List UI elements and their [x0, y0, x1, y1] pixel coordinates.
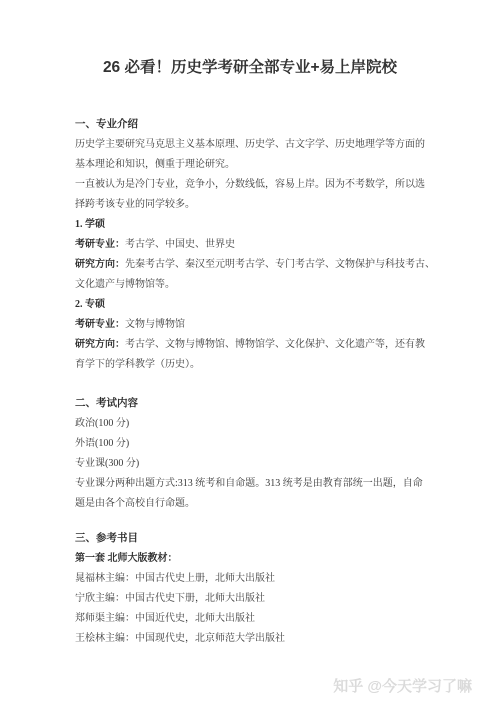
section-books-heading: 三、参考书目 — [75, 529, 425, 549]
xueshuo-direction-line2: 文化遗产与博物馆等。 — [75, 275, 425, 295]
direction-label: 研究方向： — [75, 259, 125, 270]
xueshuo-majors-line: 考研专业：考古学、中国史、世界史 — [75, 235, 425, 255]
book-item: 郑师渠主编：中国近代史，北师大出版社 — [75, 609, 425, 629]
doc-title: 26 必看！历史学考研全部专业+易上岸院校 — [75, 57, 425, 78]
majors-label: 考研专业： — [75, 239, 125, 250]
zhuanshuo-direction-line1: 研究方向：考古学、文物与博物馆、博物馆学、文化保护、文化遗产等，还有教 — [75, 335, 425, 355]
subsection-xueshuo-heading: 1. 学硕 — [75, 215, 425, 235]
exam-politics-line: 政治(100 分) — [75, 414, 425, 434]
exam-major-course-line: 专业课(300 分) — [75, 454, 425, 474]
book-item: 王桧林主编：中国现代史，北京师范大学出版社 — [75, 629, 425, 649]
section-exam-heading: 二、考试内容 — [75, 394, 425, 414]
direction-value: 考古学、文物与博物馆、博物馆学、文化保护、文化遗产等，还有教 — [125, 339, 425, 350]
majors-label: 考研专业： — [75, 319, 125, 330]
intro-para1-line1: 历史学主要研究马克思主义基本原理、历史学、古文字学、历史地理学等方面的 — [75, 135, 425, 155]
zhuanshuo-direction-line2: 育学下的学科教学（历史）。 — [75, 355, 425, 375]
direction-label: 研究方向： — [75, 339, 125, 350]
subsection-zhuanshuo-heading: 2. 专硕 — [75, 295, 425, 315]
majors-value: 考古学、中国史、世界史 — [125, 239, 235, 250]
zhihu-watermark: 知乎 @今天学习了嘛 — [333, 675, 472, 696]
direction-value: 先秦考古学、秦汉至元明考古学、专门考古学、文物保护与科技考古、 — [125, 259, 435, 270]
xueshuo-direction-line1: 研究方向：先秦考古学、秦汉至元明考古学、专门考古学、文物保护与科技考古、 — [75, 255, 425, 275]
books-set1-heading: 第一套 北师大版教材： — [75, 549, 425, 569]
intro-para2-line1: 一直被认为是冷门专业，竞争小，分数线低，容易上岸。因为不考数学，所以选 — [75, 175, 425, 195]
exam-para-line1: 专业课分两种出题方式:313 统考和自命题。313 统考是由教育部统一出题，自命 — [75, 474, 425, 494]
document-page: 26 必看！历史学考研全部专业+易上岸院校 一、专业介绍 历史学主要研究马克思主… — [0, 0, 500, 707]
exam-language-line: 外语(100 分) — [75, 434, 425, 454]
book-item: 宁欣主编：中国古代史下册，北师大出版社 — [75, 589, 425, 609]
book-item: 晁福林主编：中国古代史上册，北师大出版社 — [75, 569, 425, 589]
intro-para2-line2: 择跨考该专业的同学较多。 — [75, 195, 425, 215]
majors-value: 文物与博物馆 — [125, 319, 185, 330]
intro-para1-line2: 基本理论和知识，侧重于理论研究。 — [75, 155, 425, 175]
exam-para-line2: 题是由各个高校自行命题。 — [75, 494, 425, 514]
zhuanshuo-majors-line: 考研专业：文物与博物馆 — [75, 315, 425, 335]
section-intro-heading: 一、专业介绍 — [75, 115, 425, 135]
